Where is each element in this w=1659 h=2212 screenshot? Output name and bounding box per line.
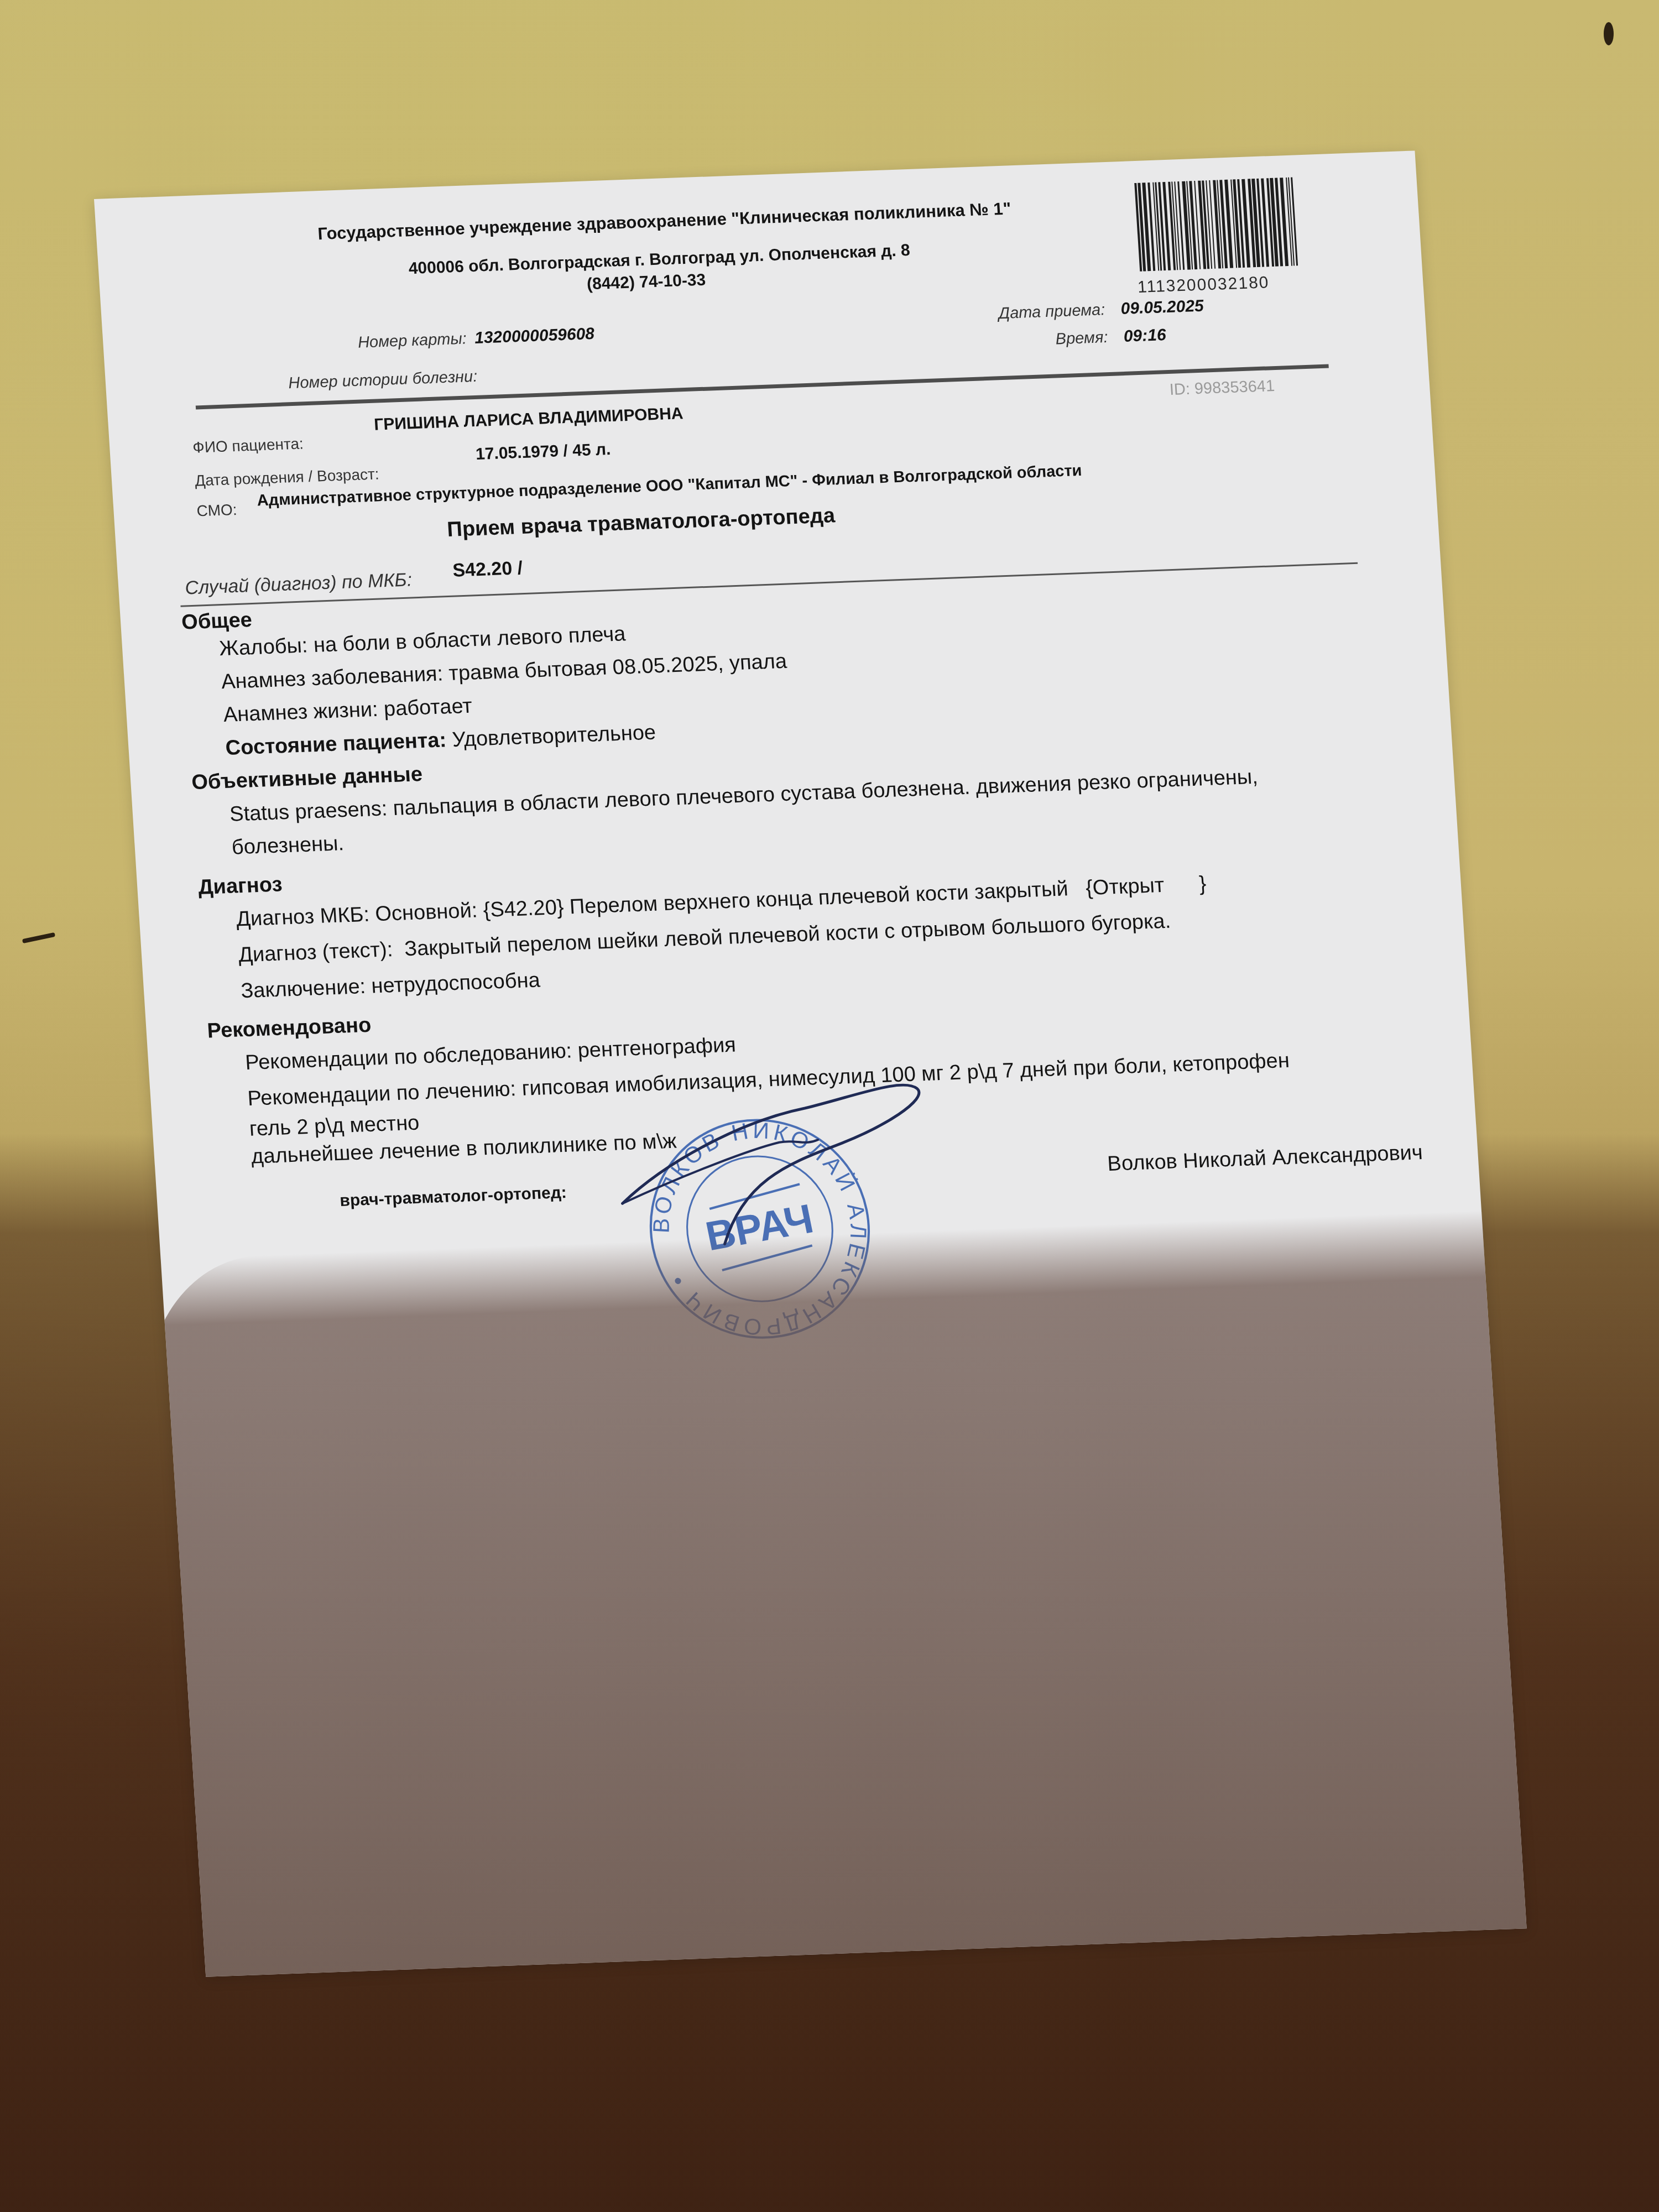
patient-condition-row: Состояние пациента: Удовлетворительное bbox=[225, 721, 656, 760]
smo-label: СМО: bbox=[196, 501, 238, 520]
patient-condition-value: Удовлетворительное bbox=[451, 721, 656, 751]
section-recommended-title: Рекомендовано bbox=[207, 1014, 372, 1044]
document-title: Прием врача травматолога-ортопеда bbox=[446, 504, 836, 542]
status-praesens-line2: болезнены. bbox=[231, 832, 345, 859]
dob-label: Дата рождения / Возраст: bbox=[194, 465, 379, 489]
barcode-number: 1113200032180 bbox=[1137, 273, 1270, 297]
handwritten-signature bbox=[592, 1053, 946, 1254]
visit-time-value: 09:16 bbox=[1123, 326, 1167, 346]
case-label: Случай (диагноз) по МКБ: bbox=[184, 569, 413, 598]
section-diagnosis-title: Диагноз bbox=[197, 873, 283, 899]
barcode bbox=[1134, 177, 1306, 277]
visit-time-row: Время: 09:16 bbox=[1055, 326, 1167, 348]
case-row: Случай (диагноз) по МКБ: S42.20 / bbox=[184, 565, 524, 599]
complaints: Жалобы: на боли в области левого плеча bbox=[218, 622, 626, 661]
case-code: S42.20 / bbox=[452, 557, 523, 581]
patient-name-label: ФИО пациента: bbox=[192, 435, 304, 456]
anamnesis-life: Анамнез жизни: работает bbox=[223, 695, 473, 727]
institution-phone: (8442) 74-10-33 bbox=[586, 271, 706, 294]
section-objective-title: Объективные данные bbox=[191, 763, 423, 795]
medical-document-sheet: Государственное учреждение здравоохранен… bbox=[94, 150, 1527, 1976]
patient-condition-label: Состояние пациента: bbox=[225, 728, 447, 760]
patient-id: ID: 998353641 bbox=[1169, 377, 1275, 399]
patient-name: ГРИШИНА ЛАРИСА ВЛАДИМИРОВНА bbox=[373, 404, 684, 434]
dob-age: 17.05.1979 / 45 л. bbox=[475, 440, 611, 464]
doctor-role-label: врач-травматолог-ортопед: bbox=[339, 1183, 567, 1211]
section-general-title: Общее bbox=[181, 608, 253, 635]
doctor-name: Волков Николай Александрович bbox=[1107, 1141, 1423, 1176]
institution-name: Государственное учреждение здравоохранен… bbox=[317, 199, 1012, 244]
card-number-label: Номер карты: bbox=[357, 330, 467, 352]
conclusion: Заключение: нетрудоспособна bbox=[240, 968, 541, 1003]
card-number-value: 1320000059608 bbox=[474, 325, 595, 347]
visit-time-label: Время: bbox=[1055, 328, 1109, 348]
card-number-row: Номер карты: 1320000059608 bbox=[357, 325, 595, 352]
history-number-label: Номер истории болезни: bbox=[288, 368, 478, 393]
recommendation-treatment-line2: гель 2 р\д местно bbox=[249, 1112, 420, 1141]
table-speck bbox=[22, 932, 55, 943]
visit-date-value: 09.05.2025 bbox=[1120, 297, 1204, 318]
smo-value: Административное структурное подразделен… bbox=[257, 462, 1083, 510]
visit-date-row: Дата приема: 09.05.2025 bbox=[998, 297, 1204, 324]
visit-date-label: Дата приема: bbox=[998, 301, 1106, 322]
table-speck bbox=[1604, 22, 1614, 45]
